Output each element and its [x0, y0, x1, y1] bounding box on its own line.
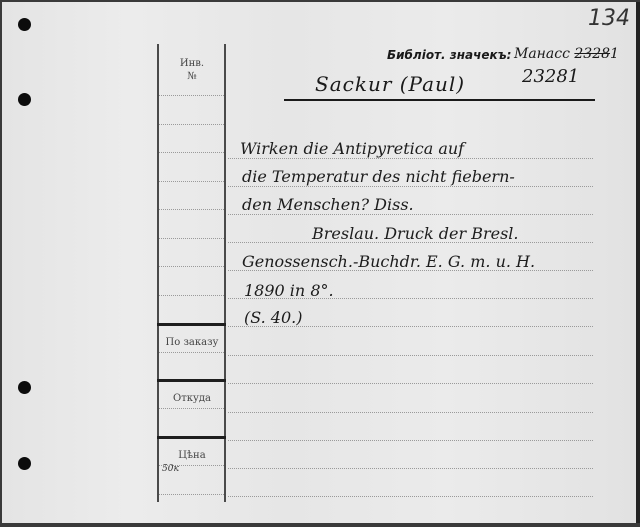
punch-hole-2: [18, 93, 31, 106]
library-mark-value: Манасс 23281: [514, 46, 619, 62]
punch-hole-4: [18, 457, 31, 470]
library-mark-label: Библіот. значекъ:: [387, 48, 511, 62]
ruled-line: [228, 440, 593, 441]
left-rule: [159, 295, 224, 296]
inventory-label: Инв.: [157, 58, 227, 70]
left-rule: [159, 494, 224, 495]
library-mark-suffix: 1: [610, 46, 619, 62]
library-mark-struck: 2328: [574, 46, 610, 62]
ruled-line: [228, 383, 593, 384]
separator-by-order: [157, 323, 226, 326]
left-rule: [159, 352, 224, 353]
library-mark-text: Манасс: [514, 46, 570, 62]
catalog-card: 134 Инв. № По заказу Откуда Цѣна 50к Биб…: [2, 2, 640, 523]
title-line-2: die Temperatur des nicht fiebern-: [242, 167, 515, 186]
separator-price: [157, 436, 226, 439]
left-rule: [159, 181, 224, 182]
separator-source: [157, 379, 226, 382]
price-label: Цѣна: [157, 450, 227, 462]
ruled-line: [228, 355, 593, 356]
imprint-line-3: 1890 in 8°.: [244, 281, 334, 300]
author-name: Sackur (Paul): [315, 72, 465, 96]
left-column-border: [157, 44, 159, 502]
title-line-3: den Menschen? Diss.: [242, 195, 414, 214]
punch-hole-1: [18, 18, 31, 31]
left-rule: [159, 124, 224, 125]
ruled-line: [228, 468, 593, 469]
left-rule: [159, 266, 224, 267]
by-order-label: По заказу: [157, 337, 227, 349]
ruled-line: [228, 158, 593, 159]
left-rule: [159, 408, 224, 409]
left-rule: [159, 209, 224, 210]
imprint-line-2: Genossensch.-Buchdr. E. G. m. u. H.: [242, 252, 535, 271]
number-sign-label: №: [157, 71, 227, 83]
page-number: 134: [588, 6, 630, 31]
right-column-border: [224, 44, 226, 502]
ruled-line: [228, 412, 593, 413]
left-rule: [159, 152, 224, 153]
punch-hole-3: [18, 381, 31, 394]
author-underline: [284, 99, 595, 101]
left-rule: [159, 238, 224, 239]
ruled-line: [228, 214, 593, 215]
ruled-line: [228, 496, 593, 497]
left-rule: [159, 465, 224, 466]
source-label: Откуда: [157, 393, 227, 405]
ruled-line: [228, 186, 593, 187]
left-rule: [159, 95, 224, 96]
imprint-line-1: Breslau. Druck der Bresl.: [312, 224, 518, 243]
pagination-line: (S. 40.): [244, 308, 303, 327]
title-line-1: Wirken die Antipyretica auf: [240, 139, 464, 158]
inventory-number: 23281: [522, 66, 579, 87]
